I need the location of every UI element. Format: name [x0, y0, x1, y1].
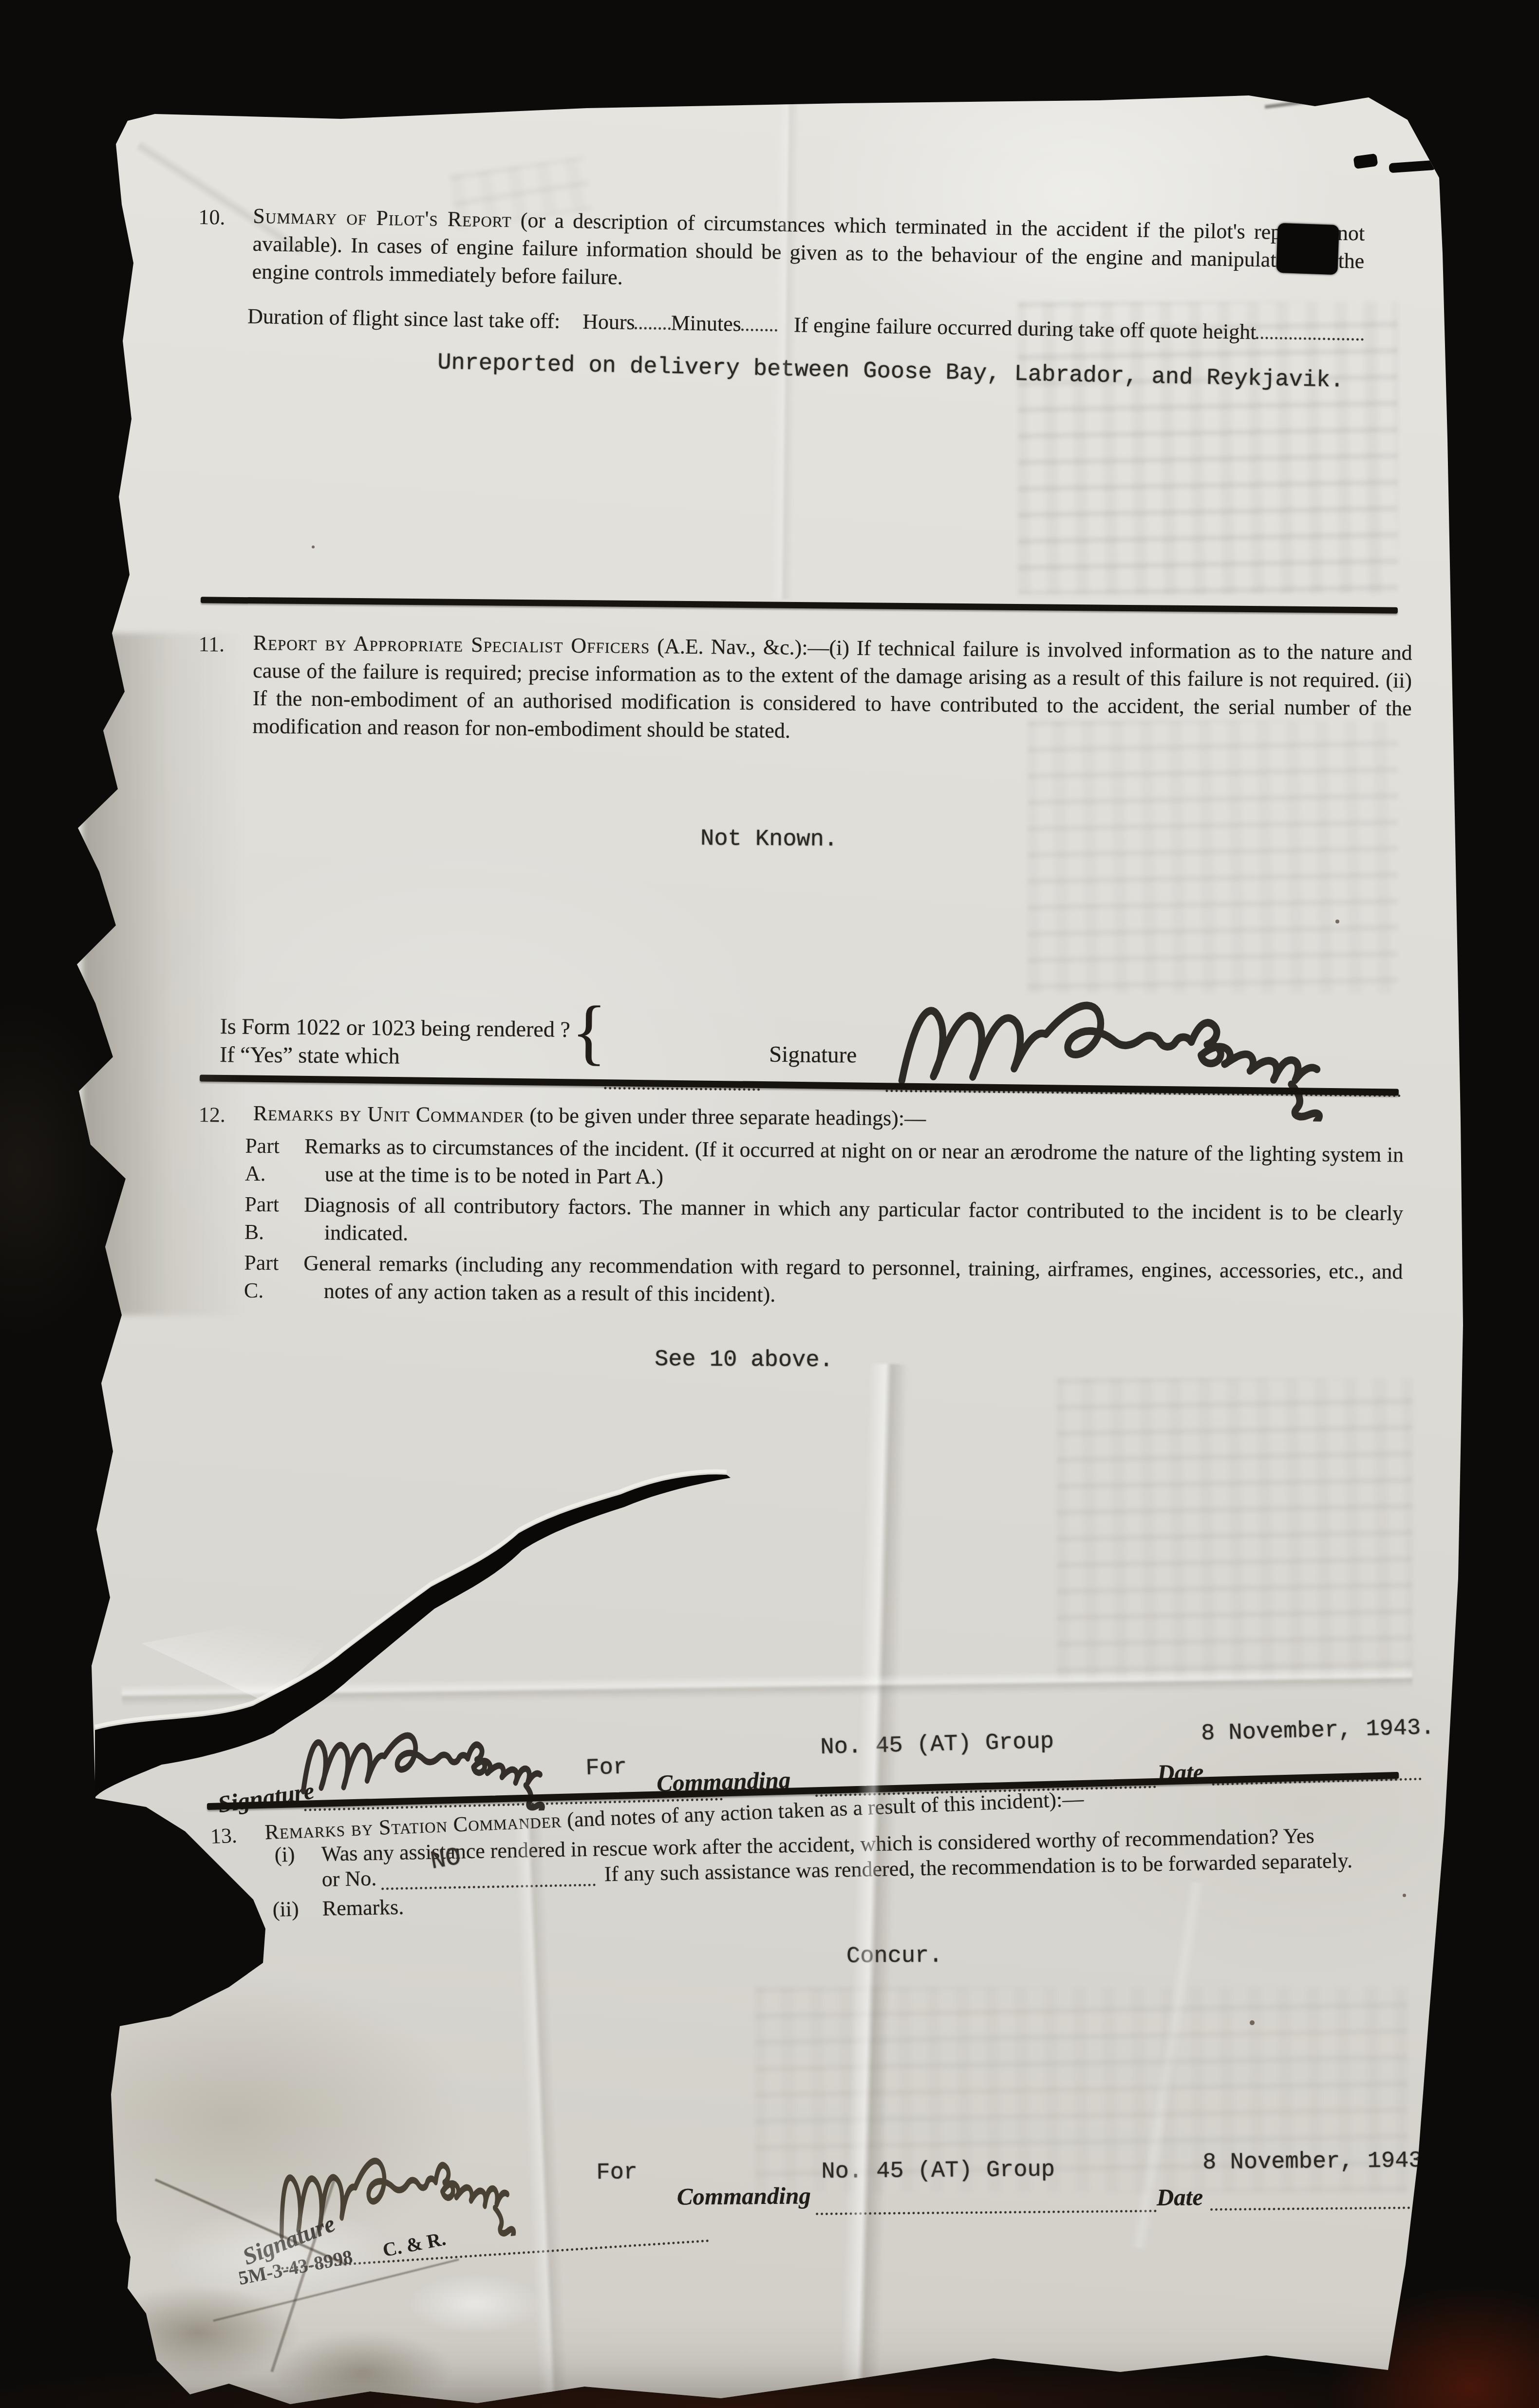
section-10-heading: Summary of Pilot's Report: [253, 204, 512, 232]
for-label: For: [585, 1754, 627, 1783]
corner-fold-shadow: [1265, 86, 1425, 109]
section-11-heading: Report by Appropriate Specialist Officer…: [253, 631, 650, 658]
part-b-label: Part B.: [244, 1190, 304, 1246]
redaction-mark: [1276, 223, 1339, 275]
section-11-paragraph: Report by Appropriate Specialist Officer…: [198, 628, 1412, 750]
form-question-line2: If “Yes” state which: [220, 1040, 400, 1070]
part-c-label: Part C.: [244, 1249, 304, 1305]
duration-of-flight-row: Duration of flight since last take off: …: [247, 302, 1364, 348]
part-c-row: Part C. General remarks (including any r…: [244, 1249, 1415, 1314]
hours-fill-in-line: [635, 312, 671, 330]
paper-speck: [1335, 920, 1339, 923]
section-divider-rule: [201, 597, 1398, 613]
hours-label: Hours: [582, 307, 635, 336]
date-typed: 8 November, 1943.: [1201, 1714, 1435, 1748]
paper-speck: [1250, 2020, 1255, 2025]
section-number: 12.: [199, 1101, 225, 1129]
section-10: 10. Summary of Pilot's Report (or a desc…: [197, 201, 1365, 303]
paper-speck: [312, 546, 315, 548]
handwritten-signature: [894, 976, 1407, 1122]
bleedthrough-smudge: [1057, 1378, 1412, 1680]
bleedthrough-smudge: [1028, 721, 1398, 994]
paper-speck: [1403, 1894, 1406, 1897]
part-b-text: Diagnosis of all contributory factors. T…: [304, 1191, 1404, 1255]
scan-background: 10. Summary of Pilot's Report (or a desc…: [0, 0, 1539, 2408]
commanding-line: [816, 2209, 1157, 2215]
document-paper: 10. Summary of Pilot's Report (or a desc…: [0, 0, 1539, 2408]
fold-highlight-triangle: [141, 1602, 365, 1705]
part-b-row: Part B. Diagnosis of all contributory fa…: [244, 1190, 1416, 1255]
signature-label: Signature: [769, 1041, 857, 1070]
typed-entry-not-known: Not Known.: [700, 826, 838, 853]
section-11: 11. Report by Appropriate Specialist Off…: [198, 628, 1412, 750]
minutes-label: Minutes: [671, 309, 741, 338]
or-no-answer-line: [381, 1882, 596, 1890]
item-i-label: (i): [274, 1841, 295, 1869]
commanding-label: Commanding: [677, 2182, 811, 2210]
item-ii-text: Remarks.: [322, 1893, 404, 1922]
section-number: 10.: [198, 203, 225, 231]
section-number: 13.: [210, 1822, 238, 1850]
typed-entry-see-10-above: See 10 above.: [655, 1347, 833, 1373]
typed-entry-unreported: Unreported on delivery between Goose Bay…: [437, 350, 1344, 394]
form-question-line1: Is Form 1022 or 1023 being rendered ?: [220, 1012, 570, 1043]
section-12-heading: Remarks by Unit Commander: [253, 1101, 525, 1127]
date-line: [1210, 2205, 1420, 2211]
for-label: For: [596, 2159, 638, 2187]
no-answer-typed: NO: [429, 1843, 463, 1876]
date-label: Date: [1157, 2183, 1203, 2211]
item-ii-label: (ii): [272, 1895, 299, 1923]
quote-height-label: If engine failure occurred during take o…: [793, 311, 1256, 346]
paper-speck: [575, 1203, 578, 1206]
torn-slit: [1353, 153, 1378, 169]
minutes-fill-in-line: [741, 314, 778, 332]
section-12: 12. Remarks by Unit Commander (to be giv…: [197, 1099, 1416, 1317]
section-12-parts: Part A. Remarks as to circumstances of t…: [244, 1132, 1416, 1314]
brace-glyph: {: [571, 995, 607, 1069]
part-a-label: Part A.: [245, 1132, 305, 1188]
section-13: 13. Remarks by Station Commander (and no…: [209, 1786, 1414, 1954]
part-a-row: Part A. Remarks as to circumstances of t…: [245, 1132, 1416, 1197]
unit-typed: No. 45 (AT) Group: [820, 1728, 1054, 1762]
torn-slit: [1389, 160, 1436, 173]
part-c-text: General remarks (including any recommend…: [303, 1249, 1403, 1314]
or-no-label: or No.: [321, 1864, 376, 1893]
typed-entry-concur: Concur.: [846, 1943, 943, 1969]
section-10-paragraph: Summary of Pilot's Report (or a descript…: [197, 201, 1365, 303]
crease-line: [771, 102, 799, 600]
height-fill-in-line: [1256, 322, 1364, 340]
unit-typed: No. 45 (AT) Group: [821, 2156, 1055, 2186]
part-a-text: Remarks as to circumstances of the incid…: [304, 1132, 1404, 1197]
section-12-heading-note: (to be given under three separate headin…: [524, 1103, 926, 1130]
date-typed: 8 November, 1943.: [1202, 2147, 1436, 2177]
duration-label: Duration of flight since last take off:: [247, 302, 561, 335]
section-number: 11.: [198, 630, 225, 658]
